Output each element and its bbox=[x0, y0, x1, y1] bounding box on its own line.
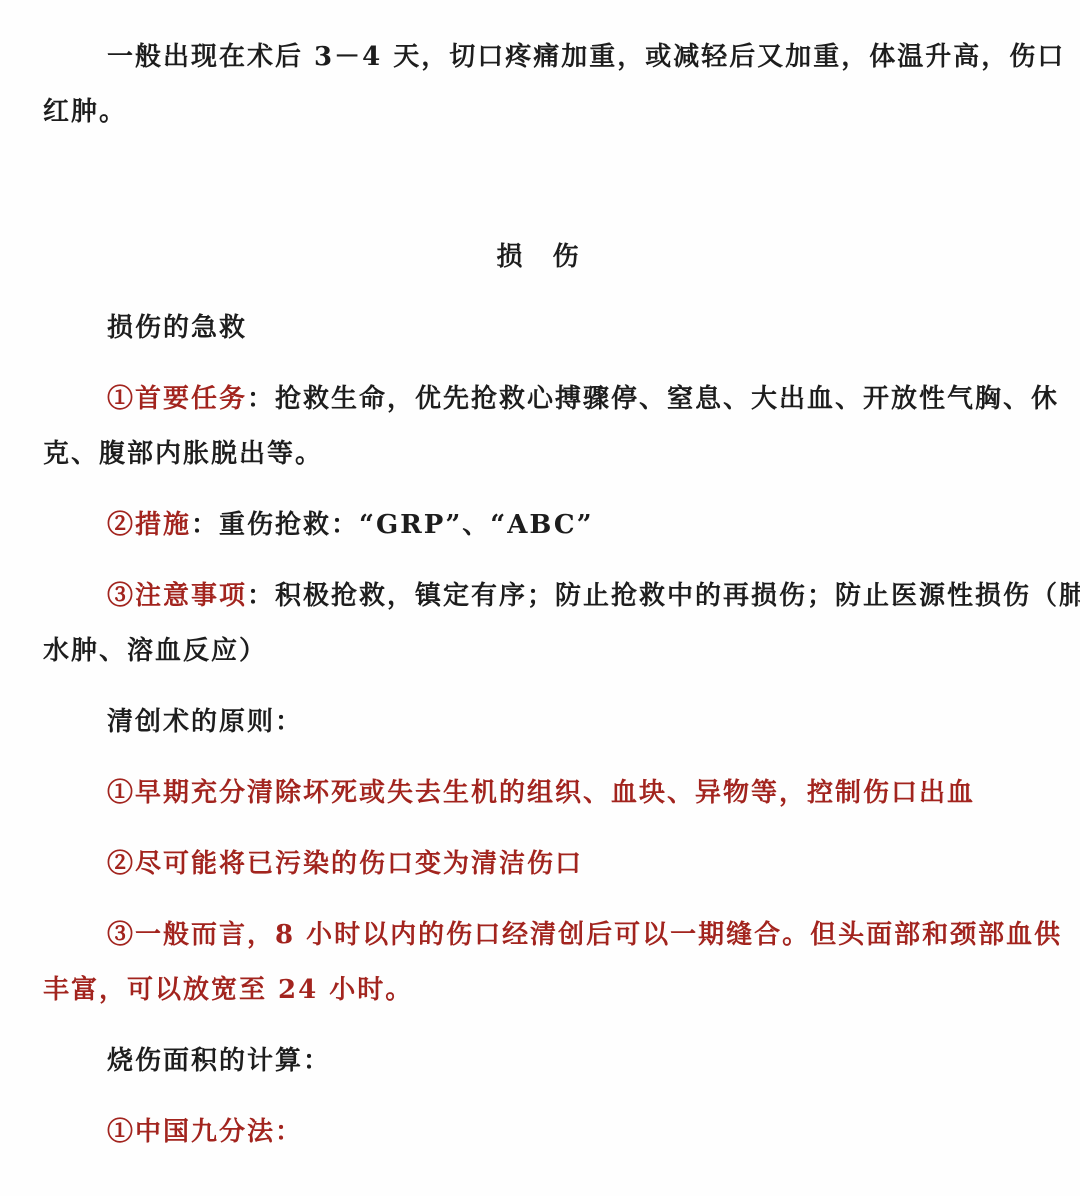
debridement-item-3-line-2: 丰富，可以放宽至 24 小时。 bbox=[43, 963, 1034, 1018]
first-aid-item-3-line-1: ③注意事项：积极抢救，镇定有序；防止抢救中的再损伤；防止医源性损伤（肺 bbox=[43, 569, 1034, 624]
burn-area-item-1-text: ①中国九分法： bbox=[43, 1105, 1034, 1160]
section-heading-text: 损伤的急救 bbox=[43, 301, 1034, 356]
debridement-item-1-text: ①早期充分清除坏死或失去生机的组织、血块、异物等，控制伤口出血 bbox=[43, 766, 1034, 821]
debridement-item-1: ①早期充分清除坏死或失去生机的组织、血块、异物等，控制伤口出血 bbox=[43, 766, 1034, 821]
intro-paragraph: 一般出现在术后 3－4 天，切口疼痛加重，或减轻后又加重，体温升高，伤口 红肿。 bbox=[43, 30, 1034, 140]
first-aid-item-2: ②措施：重伤抢救：“GRP”、“ABC” bbox=[43, 498, 1034, 553]
intro-line-2: 红肿。 bbox=[43, 85, 1034, 140]
burn-area-item-1: ①中国九分法： bbox=[43, 1105, 1034, 1160]
page-title-text: 损 伤 bbox=[43, 230, 1034, 285]
debridement-item-3-line-1: ③一般而言，8 小时以内的伤口经清创后可以一期缝合。但头面部和颈部血供 bbox=[43, 908, 1034, 963]
debridement-item-3: ③一般而言，8 小时以内的伤口经清创后可以一期缝合。但头面部和颈部血供 丰富，可… bbox=[43, 908, 1034, 1018]
document-page: 一般出现在术后 3－4 天，切口疼痛加重，或减轻后又加重，体温升高，伤口 红肿。… bbox=[0, 0, 1080, 1196]
intro-line-1: 一般出现在术后 3－4 天，切口疼痛加重，或减轻后又加重，体温升高，伤口 bbox=[43, 30, 1034, 85]
section-heading-text: 烧伤面积的计算： bbox=[43, 1034, 1034, 1089]
debridement-item-2-text: ②尽可能将已污染的伤口变为清洁伤口 bbox=[43, 837, 1034, 892]
first-aid-item-3-line-2: 水肿、溶血反应） bbox=[43, 624, 1034, 679]
item-body: ：重伤抢救：“GRP”、“ABC” bbox=[191, 510, 594, 540]
first-aid-item-2-line-1: ②措施：重伤抢救：“GRP”、“ABC” bbox=[43, 498, 1034, 553]
first-aid-item-1: ①首要任务：抢救生命，优先抢救心搏骤停、窒息、大出血、开放性气胸、休 克、腹部内… bbox=[43, 372, 1034, 482]
section-heading-first-aid: 损伤的急救 bbox=[43, 301, 1034, 356]
first-aid-item-3: ③注意事项：积极抢救，镇定有序；防止抢救中的再损伤；防止医源性损伤（肺 水肿、溶… bbox=[43, 569, 1034, 679]
item-body: ：抢救生命，优先抢救心搏骤停、窒息、大出血、开放性气胸、休 bbox=[247, 384, 1059, 414]
first-aid-item-1-line-2: 克、腹部内胀脱出等。 bbox=[43, 427, 1034, 482]
debridement-item-2: ②尽可能将已污染的伤口变为清洁伤口 bbox=[43, 837, 1034, 892]
first-aid-item-1-line-1: ①首要任务：抢救生命，优先抢救心搏骤停、窒息、大出血、开放性气胸、休 bbox=[43, 372, 1034, 427]
section-heading-text: 清创术的原则： bbox=[43, 695, 1034, 750]
item-lead: ②措施 bbox=[107, 510, 191, 540]
section-heading-burn-area: 烧伤面积的计算： bbox=[43, 1034, 1034, 1089]
section-heading-debridement: 清创术的原则： bbox=[43, 695, 1034, 750]
item-lead: ①首要任务 bbox=[107, 384, 247, 414]
item-lead: ③注意事项 bbox=[107, 581, 247, 611]
item-body: ：积极抢救，镇定有序；防止抢救中的再损伤；防止医源性损伤（肺 bbox=[247, 581, 1080, 611]
page-title: 损 伤 bbox=[43, 230, 1034, 285]
